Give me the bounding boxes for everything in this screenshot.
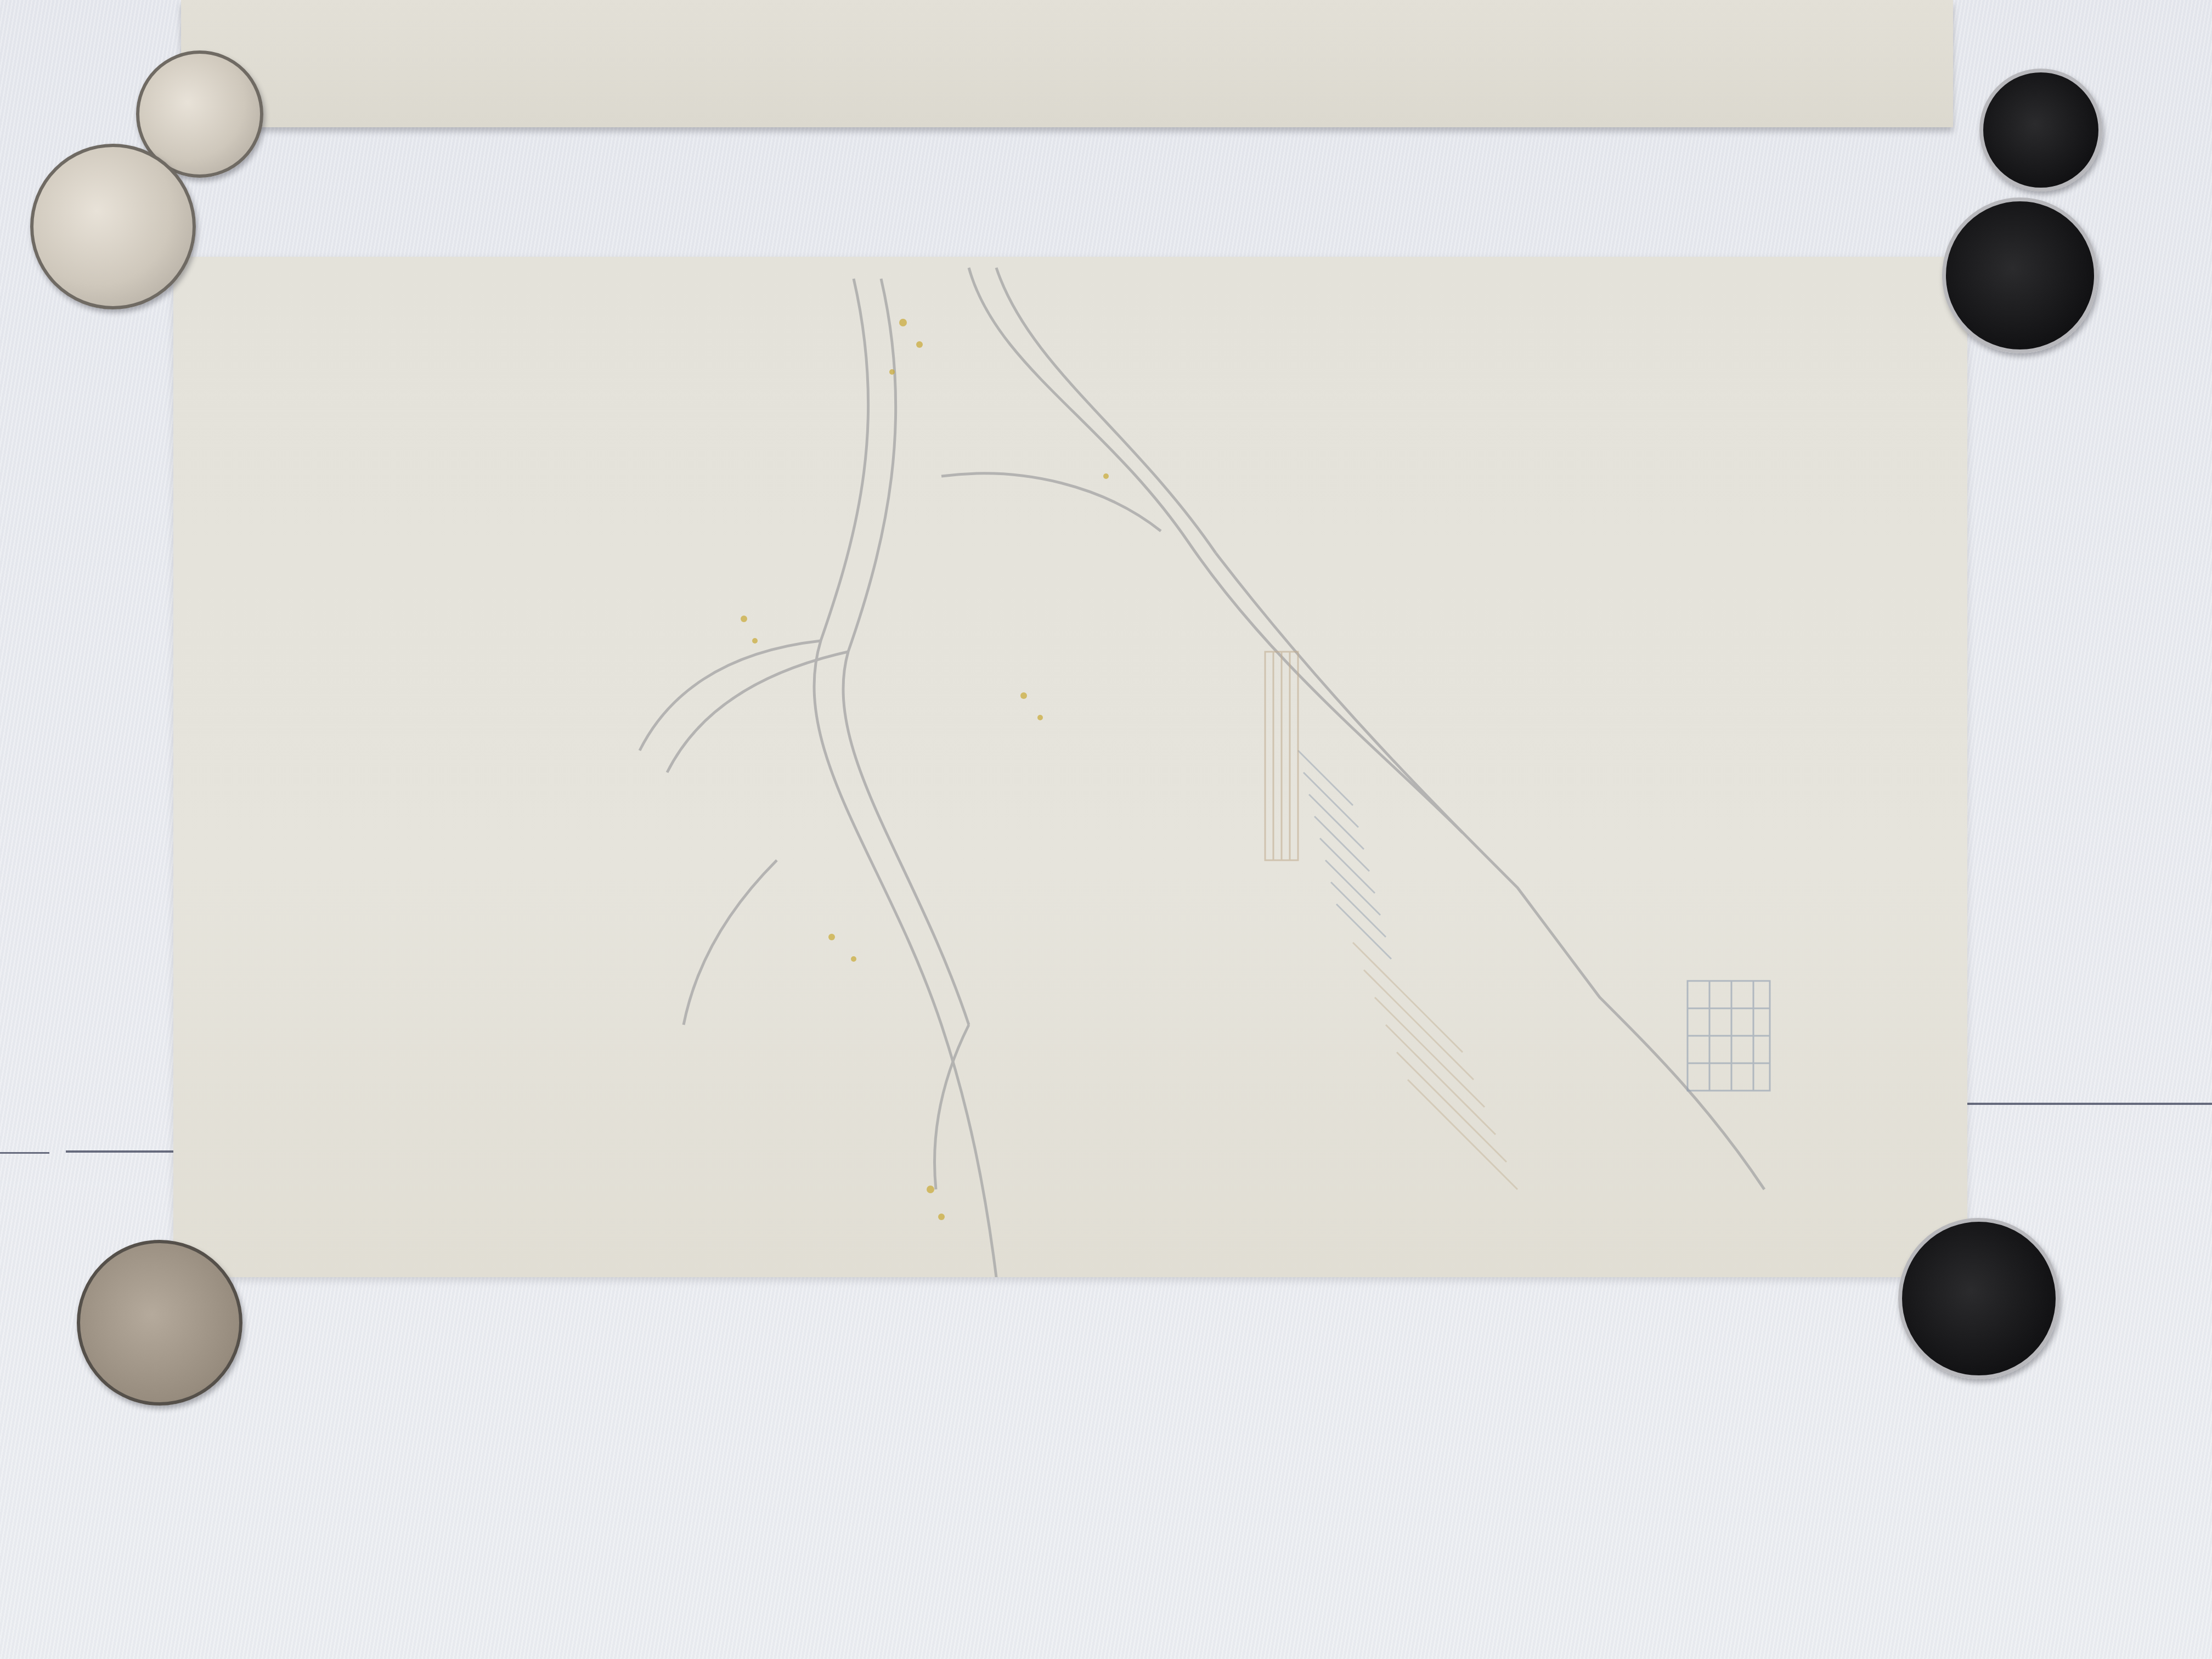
magnet-bottom-left: [77, 1240, 242, 1406]
magnet-bottom-right: [1898, 1218, 2059, 1379]
calligraphy-sheet-main: [173, 257, 1967, 1277]
board-pencil-line-left: [0, 1152, 49, 1154]
calligraphy-sheet-top: [181, 0, 1953, 127]
top-strip-text-row: [208, 11, 1931, 93]
magnet-top-right-2: [1942, 198, 2098, 353]
board-pencil-line-right: [1964, 1103, 2212, 1105]
tree-and-building-sketch: [173, 257, 1967, 1277]
magnet-top-left-large: [30, 144, 196, 309]
magnet-top-right-1: [1979, 69, 2102, 191]
board-pencil-line-left-2: [66, 1150, 181, 1153]
